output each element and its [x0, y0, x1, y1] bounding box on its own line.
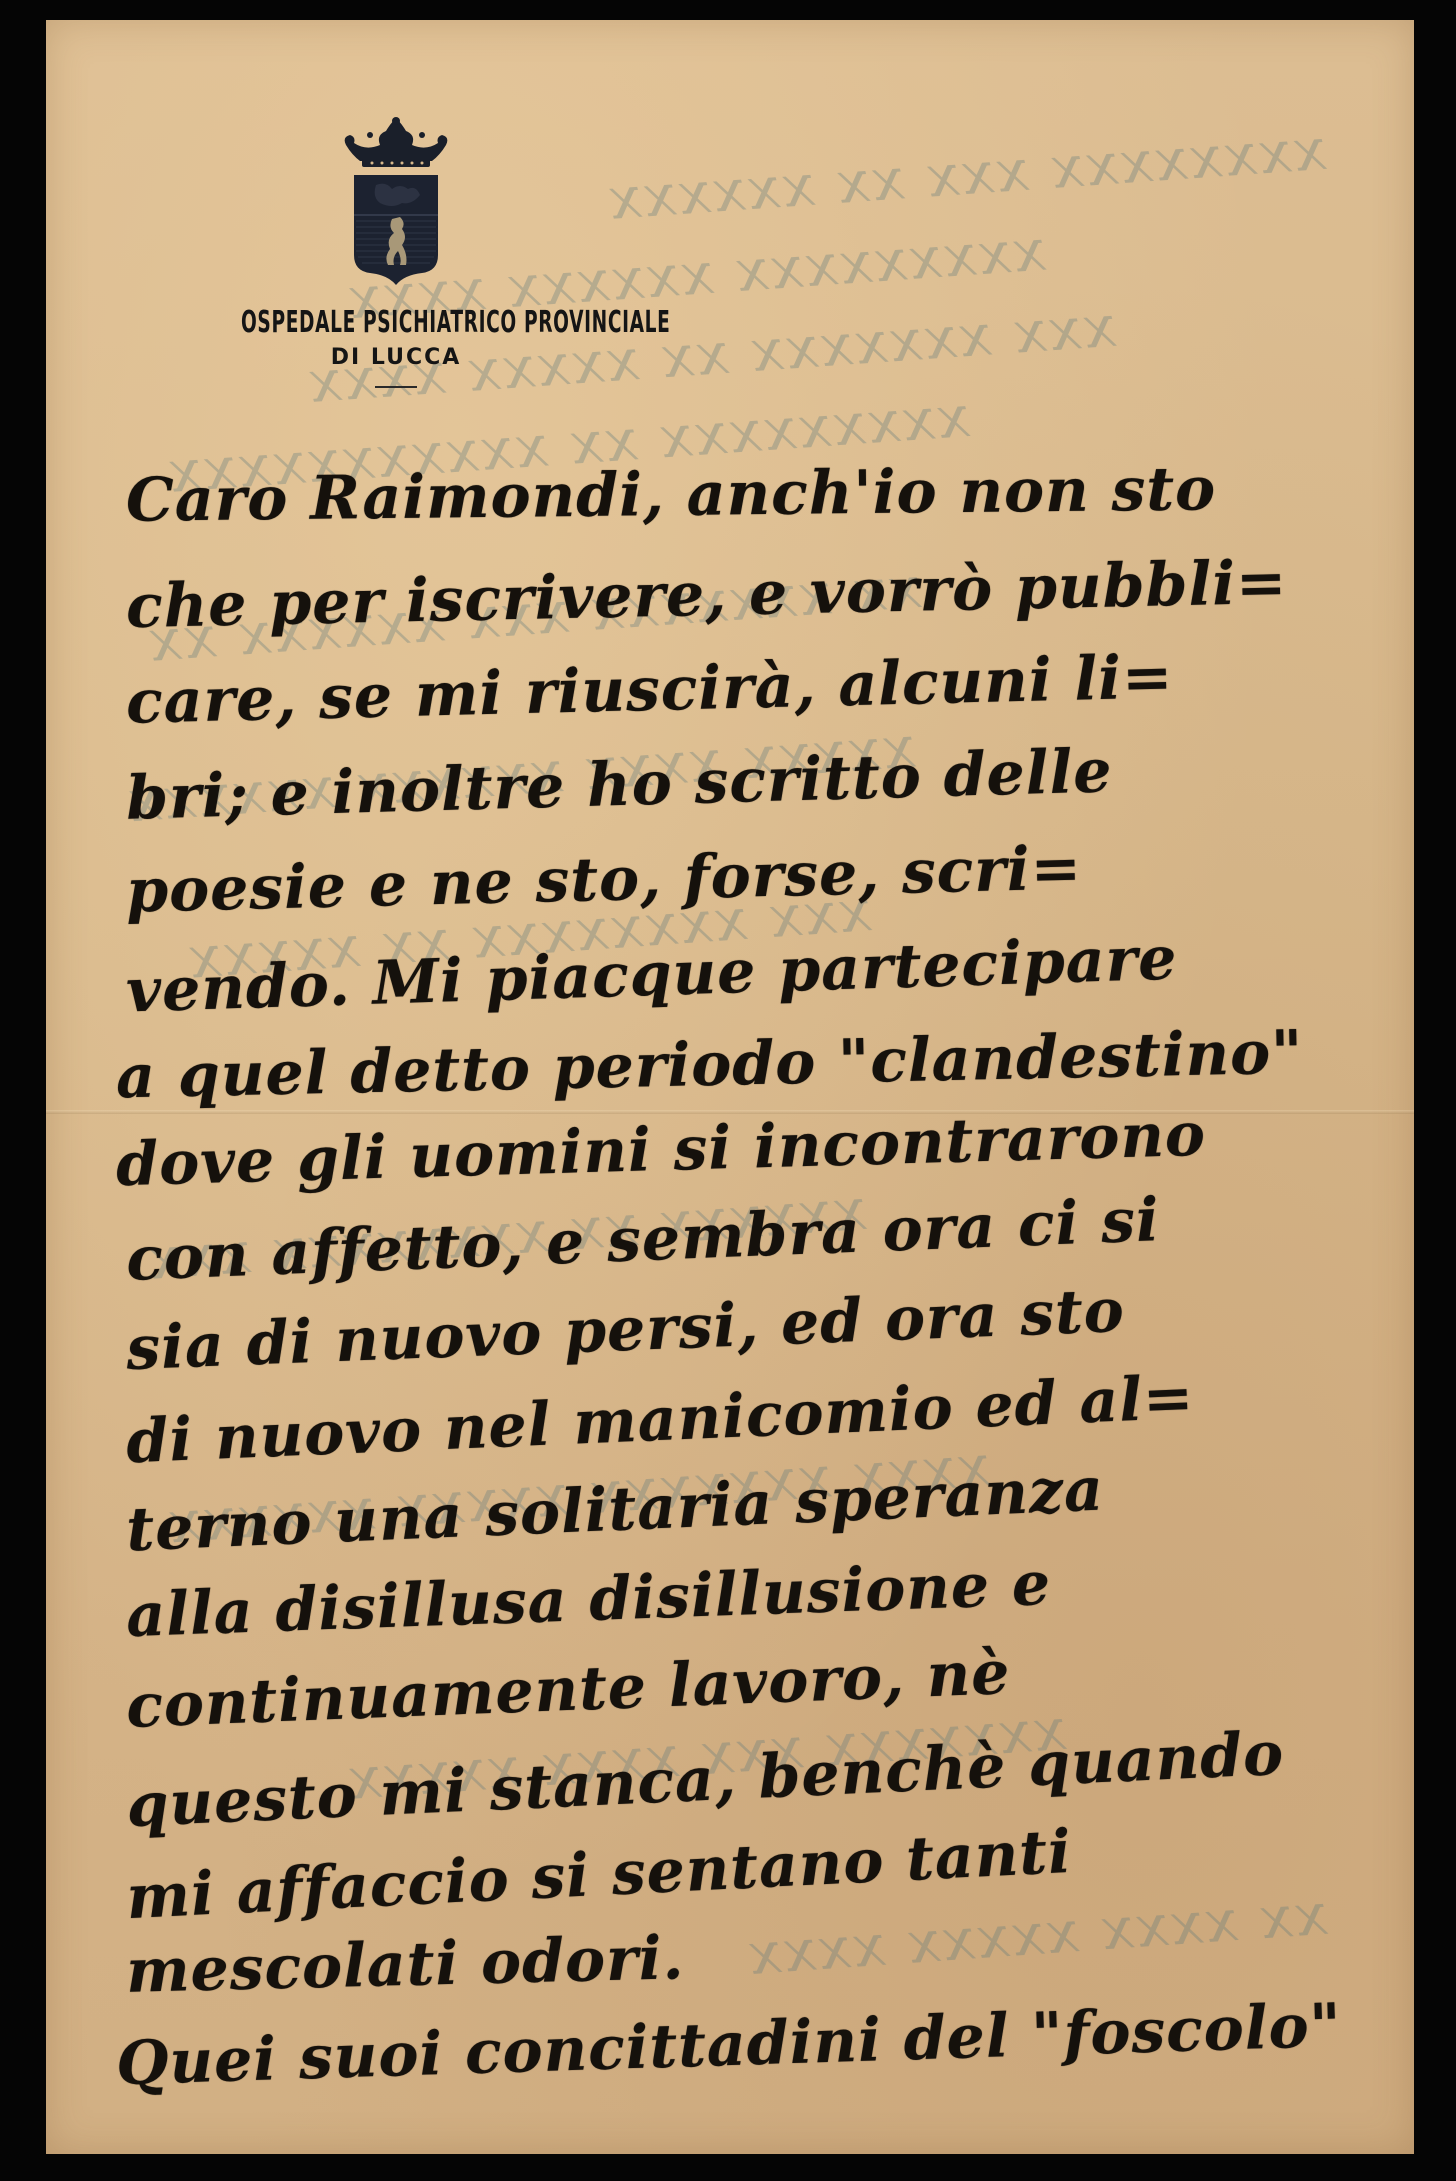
institution-city: DI LUCCA	[146, 345, 646, 370]
coat-of-arms-icon	[336, 115, 456, 287]
letter-line: con affetto, e sembra ora ci si	[125, 1185, 1161, 1295]
letter-line: vendo. Mi piacque partecipare	[125, 924, 1178, 1027]
letter-line: poesie e ne sto, forse, scri=	[125, 833, 1082, 926]
institution-name: OSPEDALE PSICHIATRICO PROVINCIALE	[241, 305, 551, 341]
letterhead-rule	[375, 386, 417, 388]
letter-line: che per iscrivere, e vorrò pubbli=	[125, 548, 1288, 642]
letter-line: alla disillusa disillusione e	[125, 1549, 1052, 1651]
letter-line: bri; e inoltre ho scritto delle	[125, 736, 1113, 834]
letter-line: mescolati odori.	[125, 1923, 685, 2007]
letter-line: dove gli uomini si incontrarono	[115, 1100, 1207, 1200]
letter-sheet: xxxxxxxx xxx xx xxxxxx xxxxxxxxx xxxxxx …	[46, 20, 1414, 2154]
letter-line: a quel detto periodo "clandestino"	[115, 1018, 1304, 1113]
letterhead: OSPEDALE PSICHIATRICO PROVINCIALE DI LUC…	[146, 115, 646, 388]
letter-line: sia di nuovo persi, ed ora sto	[125, 1276, 1126, 1384]
letter-line: Quei suoi concittadini del "foscolo"	[115, 1991, 1343, 2099]
letter-line: continuamente lavoro, nè	[125, 1638, 1012, 1742]
scan-background: xxxxxxxx xxx xx xxxxxx xxxxxxxxx xxxxxx …	[0, 0, 1456, 2181]
letter-line: care, se mi riuscirà, alcuni li=	[125, 642, 1174, 738]
letter-line: questo mi stanca, benchè quando	[125, 1719, 1286, 1841]
letter-line: Caro Raimondi, anch'io non sto	[126, 454, 1217, 535]
